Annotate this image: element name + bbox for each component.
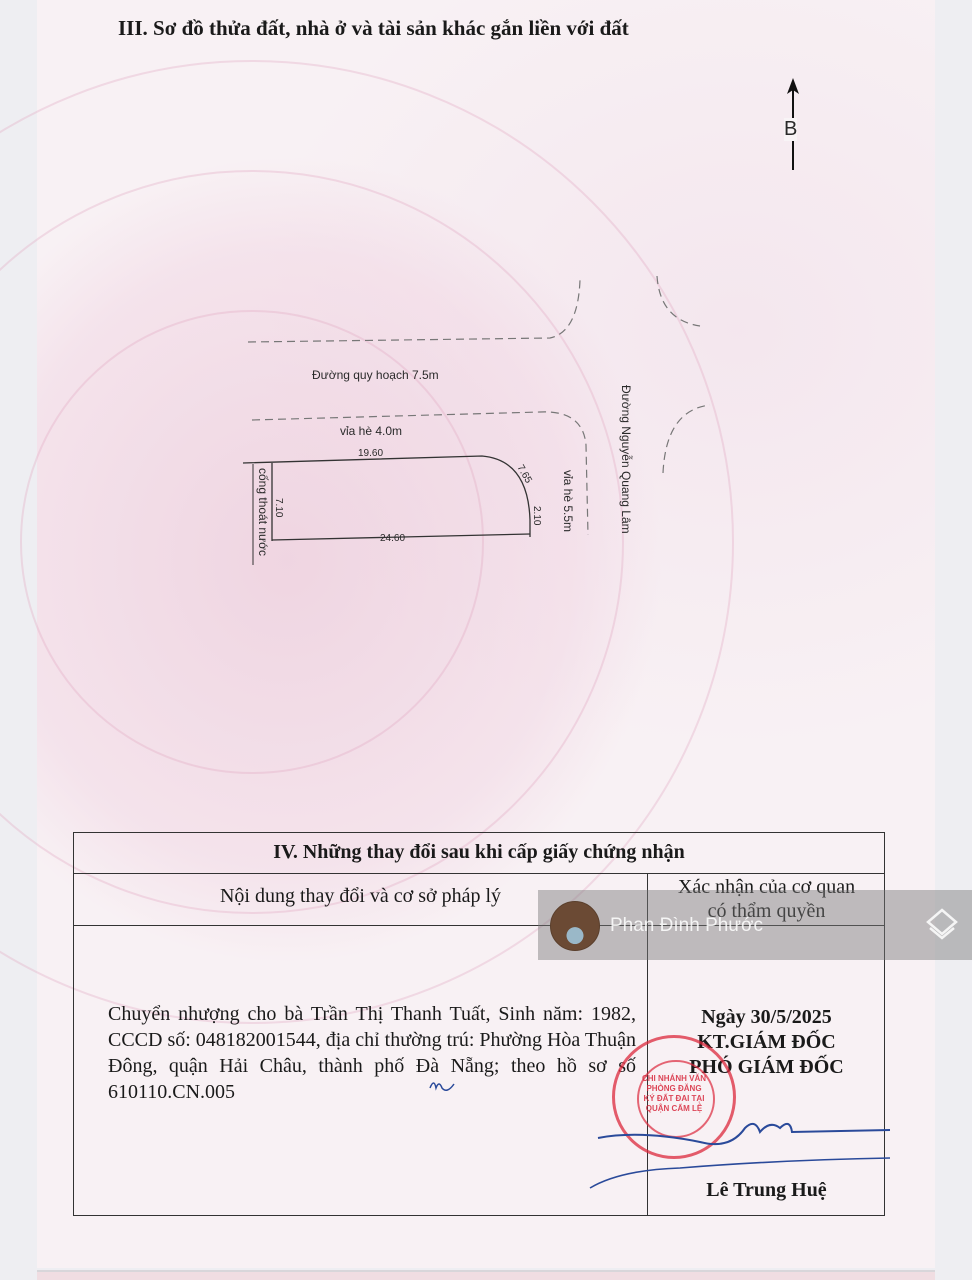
layers-icon[interactable]: [924, 906, 960, 942]
author-name[interactable]: Phan Đình Phước: [610, 915, 763, 937]
avatar[interactable]: [550, 901, 600, 951]
signature: [0, 0, 972, 1280]
